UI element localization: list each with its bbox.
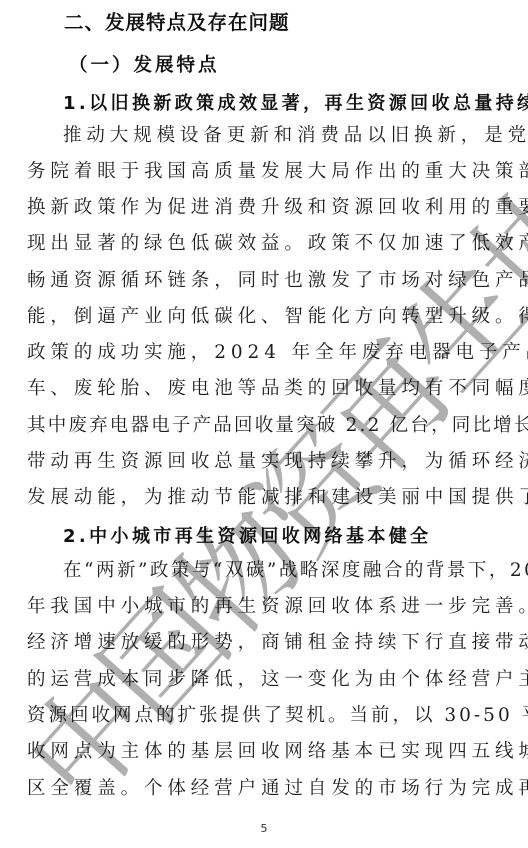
subsection-title-1: 1.以旧换新政策成效显著，再生资源回收总量持续增长 <box>63 89 494 115</box>
paragraph-line: 收网点为主体的基层回收网络基本已实现四五线城市主城 <box>27 740 494 764</box>
paragraph-line: 车、废轮胎、废电池等品类的回收量均有不同幅度的增长， <box>27 377 494 401</box>
paragraph-line: 在“两新”政策与“双碳”战略深度融合的背景下，2024 <box>63 559 494 583</box>
paragraph-line: 发展动能，为推动节能减排和建设美丽中国提供了有力支撑。 <box>27 486 494 510</box>
document-page: 中国物资再生协会 二、发展特点及存在问题 （一）发展特点 1.以旧换新政策成效显… <box>0 0 528 848</box>
paragraph-line: 现出显著的绿色低碳效益。政策不仅加速了低效产能退出， <box>27 232 494 256</box>
paragraph-line: 区全覆盖。个体经营户通过自发的市场行为完成再生资源的 <box>27 777 494 801</box>
section-heading: （一）发展特点 <box>69 51 220 77</box>
paragraph-line: 的运营成本同步降低，这一变化为由个体经营户主导的再生 <box>27 668 494 692</box>
paragraph-line: 务院着眼于我国高质量发展大局作出的重大决策部署。以旧 <box>27 160 494 184</box>
paragraph-line: 畅通资源循环链条，同时也激发了市场对绿色产品的消费潜 <box>27 269 494 293</box>
paragraph-line: 政策的成功实施，2024 年全年废弃电器电子产品、报废机动 <box>27 341 494 365</box>
paragraph-line: 推动大规模设备更新和消费品以旧换新，是党中央、国 <box>63 124 494 148</box>
subsection-title-2: 2.中小城市再生资源回收网络基本健全 <box>63 522 494 548</box>
paragraph-line: 年我国中小城市的再生资源回收体系进一步完善。面对宏观 <box>27 595 494 619</box>
paragraph-line: 换新政策作为促进消费升级和资源回收利用的重要抓手，展 <box>27 196 494 220</box>
page-number: 5 <box>0 822 528 835</box>
chapter-heading: 二、发展特点及存在问题 <box>64 7 290 35</box>
paragraph-line: 经济增速放缓的形势，商铺租金持续下行直接带动回收站点 <box>27 631 494 655</box>
paragraph-line: 带动再生资源回收总量实现持续攀升，为循环经济产业注入 <box>27 450 494 474</box>
paragraph-line: 资源回收网点的扩张提供了契机。当前，以 30-50 平方米回 <box>27 704 494 728</box>
paragraph-line: 其中废弃电器电子产品回收量突破 2.2 亿台，同比增长 15.8%。 <box>27 414 494 438</box>
paragraph-line: 能，倒逼产业向低碳化、智能化方向转型升级。得益于相关 <box>27 305 494 329</box>
